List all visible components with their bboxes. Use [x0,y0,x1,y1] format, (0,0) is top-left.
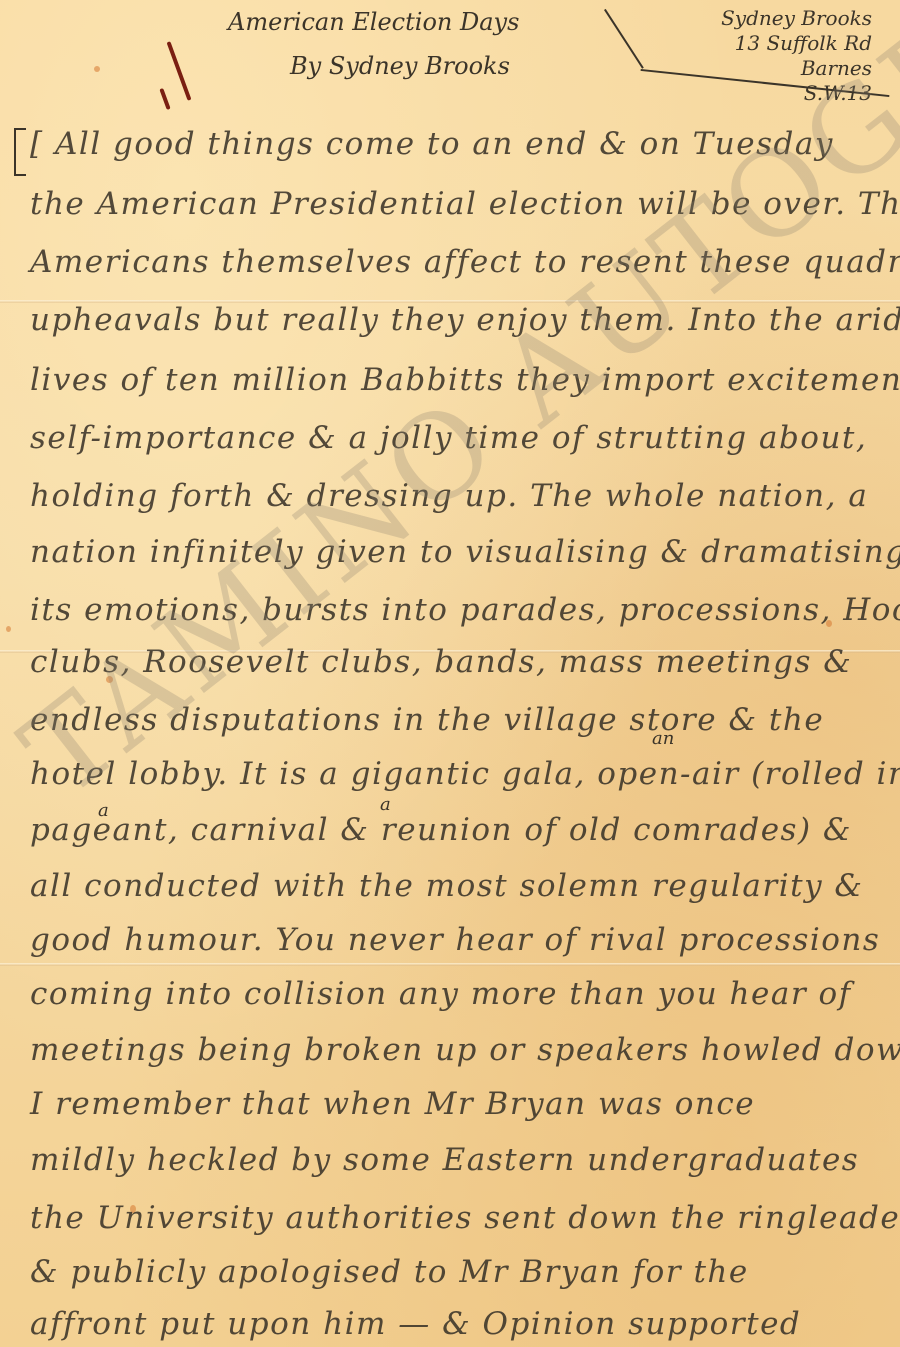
manuscript-line: meetings being broken up or speakers how… [30,1032,900,1068]
fold-crease [0,963,900,966]
address-town: Barnes [721,56,872,81]
manuscript-line: clubs, Roosevelt clubs, bands, mass meet… [30,644,852,680]
manuscript-line: all conducted with the most solemn regul… [30,868,864,904]
manuscript-line: upheavals but really they enjoy them. In… [30,302,900,338]
address-name: Sydney Brooks [721,6,872,31]
manuscript-line: mildly heckled by some Eastern undergrad… [30,1142,859,1178]
manuscript-line: I remember that when Mr Bryan was once [30,1086,755,1122]
manuscript-line: good humour. You never hear of rival pro… [30,922,880,958]
insertion-a-carnival: a [98,800,109,821]
manuscript-line: its emotions, bursts into parades, proce… [30,592,900,628]
manuscript-line: nation infinitely given to visualising &… [30,534,900,570]
manuscript-line: lives of ten million Babbitts they impor… [30,362,900,398]
manuscript-byline: By Sydney Brooks [290,52,510,80]
manuscript-line: endless disputations in the village stor… [30,702,824,738]
manuscript-line: hotel lobby. It is a gigantic gala, open… [30,756,900,792]
foxing-spot [6,626,11,632]
red-ink-mark [167,41,192,101]
manuscript-page: American Election Days By Sydney Brooks … [0,0,900,1347]
manuscript-line: & publicly apologised to Mr Bryan for th… [30,1254,749,1290]
red-ink-mark [159,88,170,110]
manuscript-line: self-importance & a jolly time of strutt… [30,420,867,456]
insertion-a-reunion: a [380,794,391,815]
foxing-spot [94,66,100,72]
manuscript-line: the University authorities sent down the… [30,1200,900,1236]
insertion-an: an [652,728,674,749]
manuscript-line: the American Presidential election will … [30,186,900,222]
manuscript-line: holding forth & dressing up. The whole n… [30,478,868,514]
manuscript-line: affront put upon him — & Opinion support… [30,1306,801,1342]
manuscript-line: coming into collision any more than you … [30,976,852,1012]
manuscript-line: pageant, carnival & reunion of old comra… [30,812,852,848]
manuscript-line: Americans themselves affect to resent th… [30,244,900,280]
watermark: TAMINO AUTOGRAPHS [0,0,900,823]
address-street: 13 Suffolk Rd [721,31,872,56]
opening-bracket-mark [14,128,26,176]
manuscript-line: [ All good things come to an end & on Tu… [30,126,834,162]
manuscript-title: American Election Days [228,8,519,36]
address-bracket-stroke [604,9,644,69]
